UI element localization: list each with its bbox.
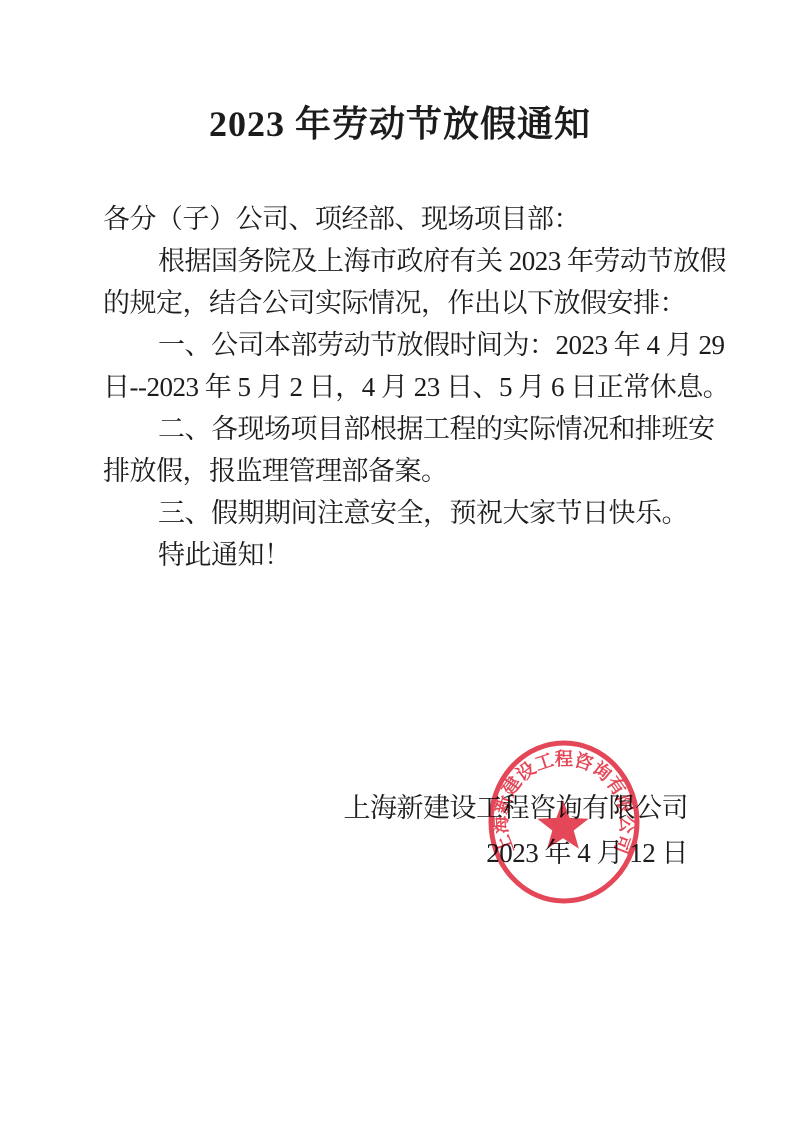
notice-body: 各分（子）公司、项经部、现场项目部： 根据国务院及上海市政府有关 2023 年劳…: [103, 198, 703, 576]
body-line: 日--2023 年 5 月 2 日，4 月 23 日、5 月 6 日正常休息。: [103, 366, 703, 408]
body-line: 特此通知！: [103, 534, 703, 576]
page-title: 2023 年劳动节放假通知: [0, 96, 800, 147]
document-page: 2023 年劳动节放假通知 各分（子）公司、项经部、现场项目部： 根据国务院及上…: [0, 0, 800, 1131]
body-line: 根据国务院及上海市政府有关 2023 年劳动节放假: [103, 240, 703, 282]
body-line: 二、各现场项目部根据工程的实际情况和排班安: [103, 408, 703, 450]
body-line: 的规定，结合公司实际情况，作出以下放假安排：: [103, 282, 703, 324]
company-seal-stamp: 上海新建设工程咨询有限公司: [484, 737, 644, 907]
body-line: 一、公司本部劳动节放假时间为：2023 年 4 月 29: [103, 324, 703, 366]
seal-star-icon: [537, 800, 588, 849]
body-line: 各分（子）公司、项经部、现场项目部：: [103, 198, 703, 240]
body-line: 排放假，报监理管理部备案。: [103, 450, 703, 492]
body-line: 三、假期期间注意安全，预祝大家节日快乐。: [103, 492, 703, 534]
